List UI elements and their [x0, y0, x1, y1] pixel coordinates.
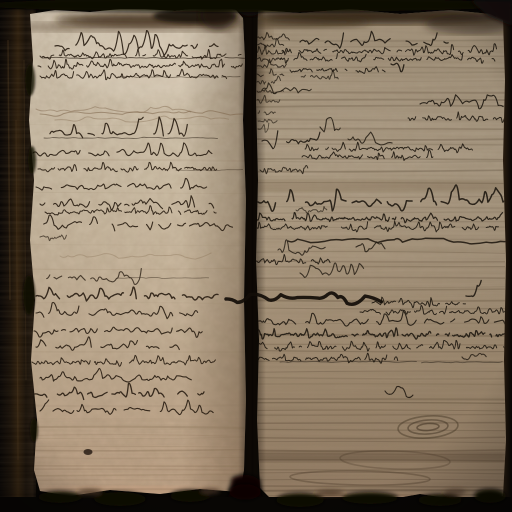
book-photo-canvas — [0, 0, 512, 512]
book-photo — [0, 0, 512, 512]
vignette — [0, 0, 512, 512]
